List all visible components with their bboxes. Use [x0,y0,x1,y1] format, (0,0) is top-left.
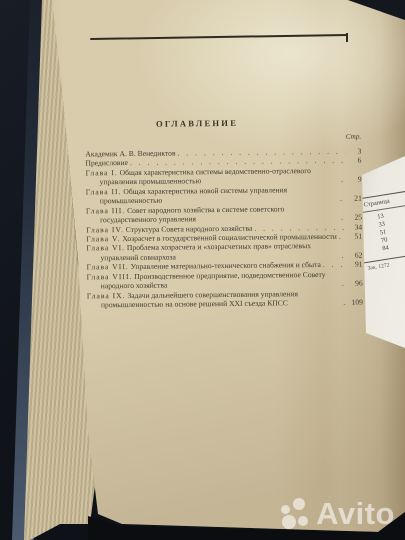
toc-entry-title: Общая характеристика новой системы управ… [100,185,287,205]
logo-circle-icon [298,516,308,526]
toc-entry-title: Задачи дальнейшего совершенствования упр… [101,289,298,310]
dot-leader [341,175,346,185]
toc-entry-title: Предисловие [85,158,128,167]
toc-entry-page-number: 91 [348,260,362,270]
page-column-header: Стр. [85,133,361,145]
toc-entry-title: Академик А. В. Венедиктов [85,148,175,158]
watermark: Avito [281,496,395,532]
toc-entry-page-number: 62 [348,250,362,260]
logo-circle-icon [281,505,290,514]
toc-entry-page-number: 25 [348,213,362,223]
dot-leader [341,213,346,223]
avito-logo-icon [281,498,311,530]
toc-entry-chapter: Глава II. [86,187,122,196]
logo-circle-icon [282,515,296,529]
toc-title: ОГЛАВЛЕНИЕ [59,118,335,130]
toc-entry: Глава VI. Проблема хозрасчета и «хозрасч… [86,241,362,263]
toc-entry-chapter: Глава V. [86,234,120,243]
table-of-contents: ОГЛАВЛЕНИЕ Стр. Академик А. В. Венедикто… [85,118,363,310]
toc-entry-page-number: 9 [348,175,362,185]
logo-circle-icon [293,498,305,510]
toc-entry-chapter: Глава IX. [87,291,126,300]
toc-entry-chapter: Глава VIII. [87,272,133,281]
toc-entry-chapter: Глава VI. [86,243,125,252]
toc-entry-title: Общая характеристика системы ведомственн… [100,166,311,187]
toc-entry: Глава IX. Задачи дальнейшего совершенств… [87,288,363,310]
toc-entry-chapter: Глава I. [86,168,118,177]
toc-entry-page-number: 51 [348,232,362,242]
toc-entry-chapter: Глава III. [86,206,125,215]
toc-entry-chapter: Глава VII. [87,262,129,271]
toc-entry-label: Предисловие [85,158,128,168]
toc-entry-page-number: 6 [347,156,361,166]
toc-entry-title: Совет народного хозяйства в системе сове… [100,204,284,224]
watermark-text: Avito [316,496,395,532]
toc-entry-page-number: 21 [348,194,362,204]
page-crease-line [90,34,348,40]
toc-entry-title: Производственное предприятие, подведомст… [101,270,326,291]
toc-entries: Академик А. В. Венедиктов 3 Предисловие … [85,146,363,310]
dot-leader [343,298,347,307]
toc-entry-page-number: 96 [349,279,363,289]
toc-entry-page-number: 109 [349,298,363,308]
dot-leader [339,232,347,242]
page-crease-notch [346,33,348,42]
toc-entry-page-number: 3 [347,146,361,156]
dot-leader [340,194,346,204]
toc-entry-label: Глава IX. Задачи дальнейшего совершенств… [87,288,341,310]
photo-scene: ОГЛАВЛЕНИЕ Стр. Академик А. В. Венедикто… [0,0,405,540]
dot-leader [341,251,346,261]
toc-entry-title: Проблема хозрасчета и «хозрасчетных прав… [100,242,311,263]
toc-entry-page-number: 34 [348,222,362,232]
dot-leader [342,279,347,289]
toc-entry-chapter: Глава IV. [86,225,124,234]
dot-leader [323,260,347,270]
